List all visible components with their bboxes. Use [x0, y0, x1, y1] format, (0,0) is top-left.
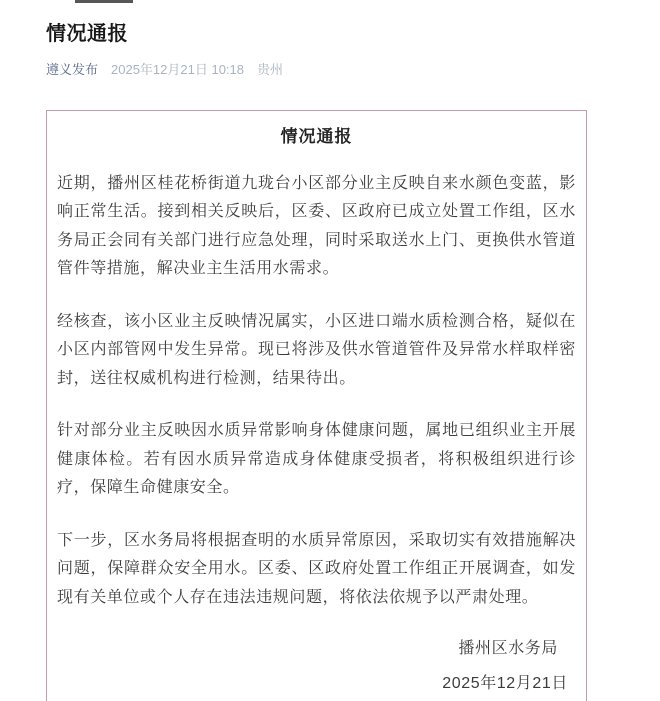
article-page: 情况通报 遵义发布 2025年12月21日 10:18 贵州 情况通报 近期，播…	[0, 0, 660, 701]
notice-paragraph-2: 经核查，该小区业主反映情况属实，小区进口端水质检测合格，疑似在小区内部管网中发生…	[57, 308, 576, 394]
source-account-link[interactable]: 遵义发布	[46, 61, 98, 78]
article-meta: 遵义发布 2025年12月21日 10:18 贵州	[46, 61, 587, 78]
notice-paragraph-1: 近期，播州区桂花桥街道九珑台小区部分业主反映自来水颜色变蓝，影响正常生活。接到相…	[57, 170, 576, 284]
publish-datetime: 2025年12月21日 10:18	[111, 61, 244, 78]
notice-paragraph-3: 针对部分业主反映因水质异常影响身体健康问题，属地已组织业主开展健康体检。若有因水…	[57, 417, 576, 503]
cropped-text-fragment	[75, 0, 133, 3]
notice-paragraph-4: 下一步，区水务局将根据查明的水质异常原因，采取切实有效措施解决问题，保障群众安全…	[57, 527, 576, 613]
notice-body: 近期，播州区桂花桥街道九珑台小区部分业主反映自来水颜色变蓝，影响正常生活。接到相…	[57, 170, 576, 613]
publish-region: 贵州	[257, 61, 283, 78]
page-title: 情况通报	[46, 13, 587, 47]
notice-box: 情况通报 近期，播州区桂花桥街道九珑台小区部分业主反映自来水颜色变蓝，影响正常生…	[46, 110, 587, 701]
signature-issuer: 播州区水务局	[57, 631, 576, 666]
signature-date: 2025年12月21日	[57, 666, 576, 701]
content-column: 情况通报 遵义发布 2025年12月21日 10:18 贵州 情况通报 近期，播…	[46, 13, 587, 701]
notice-title: 情况通报	[57, 124, 576, 149]
notice-signature: 播州区水务局 2025年12月21日	[57, 631, 576, 701]
